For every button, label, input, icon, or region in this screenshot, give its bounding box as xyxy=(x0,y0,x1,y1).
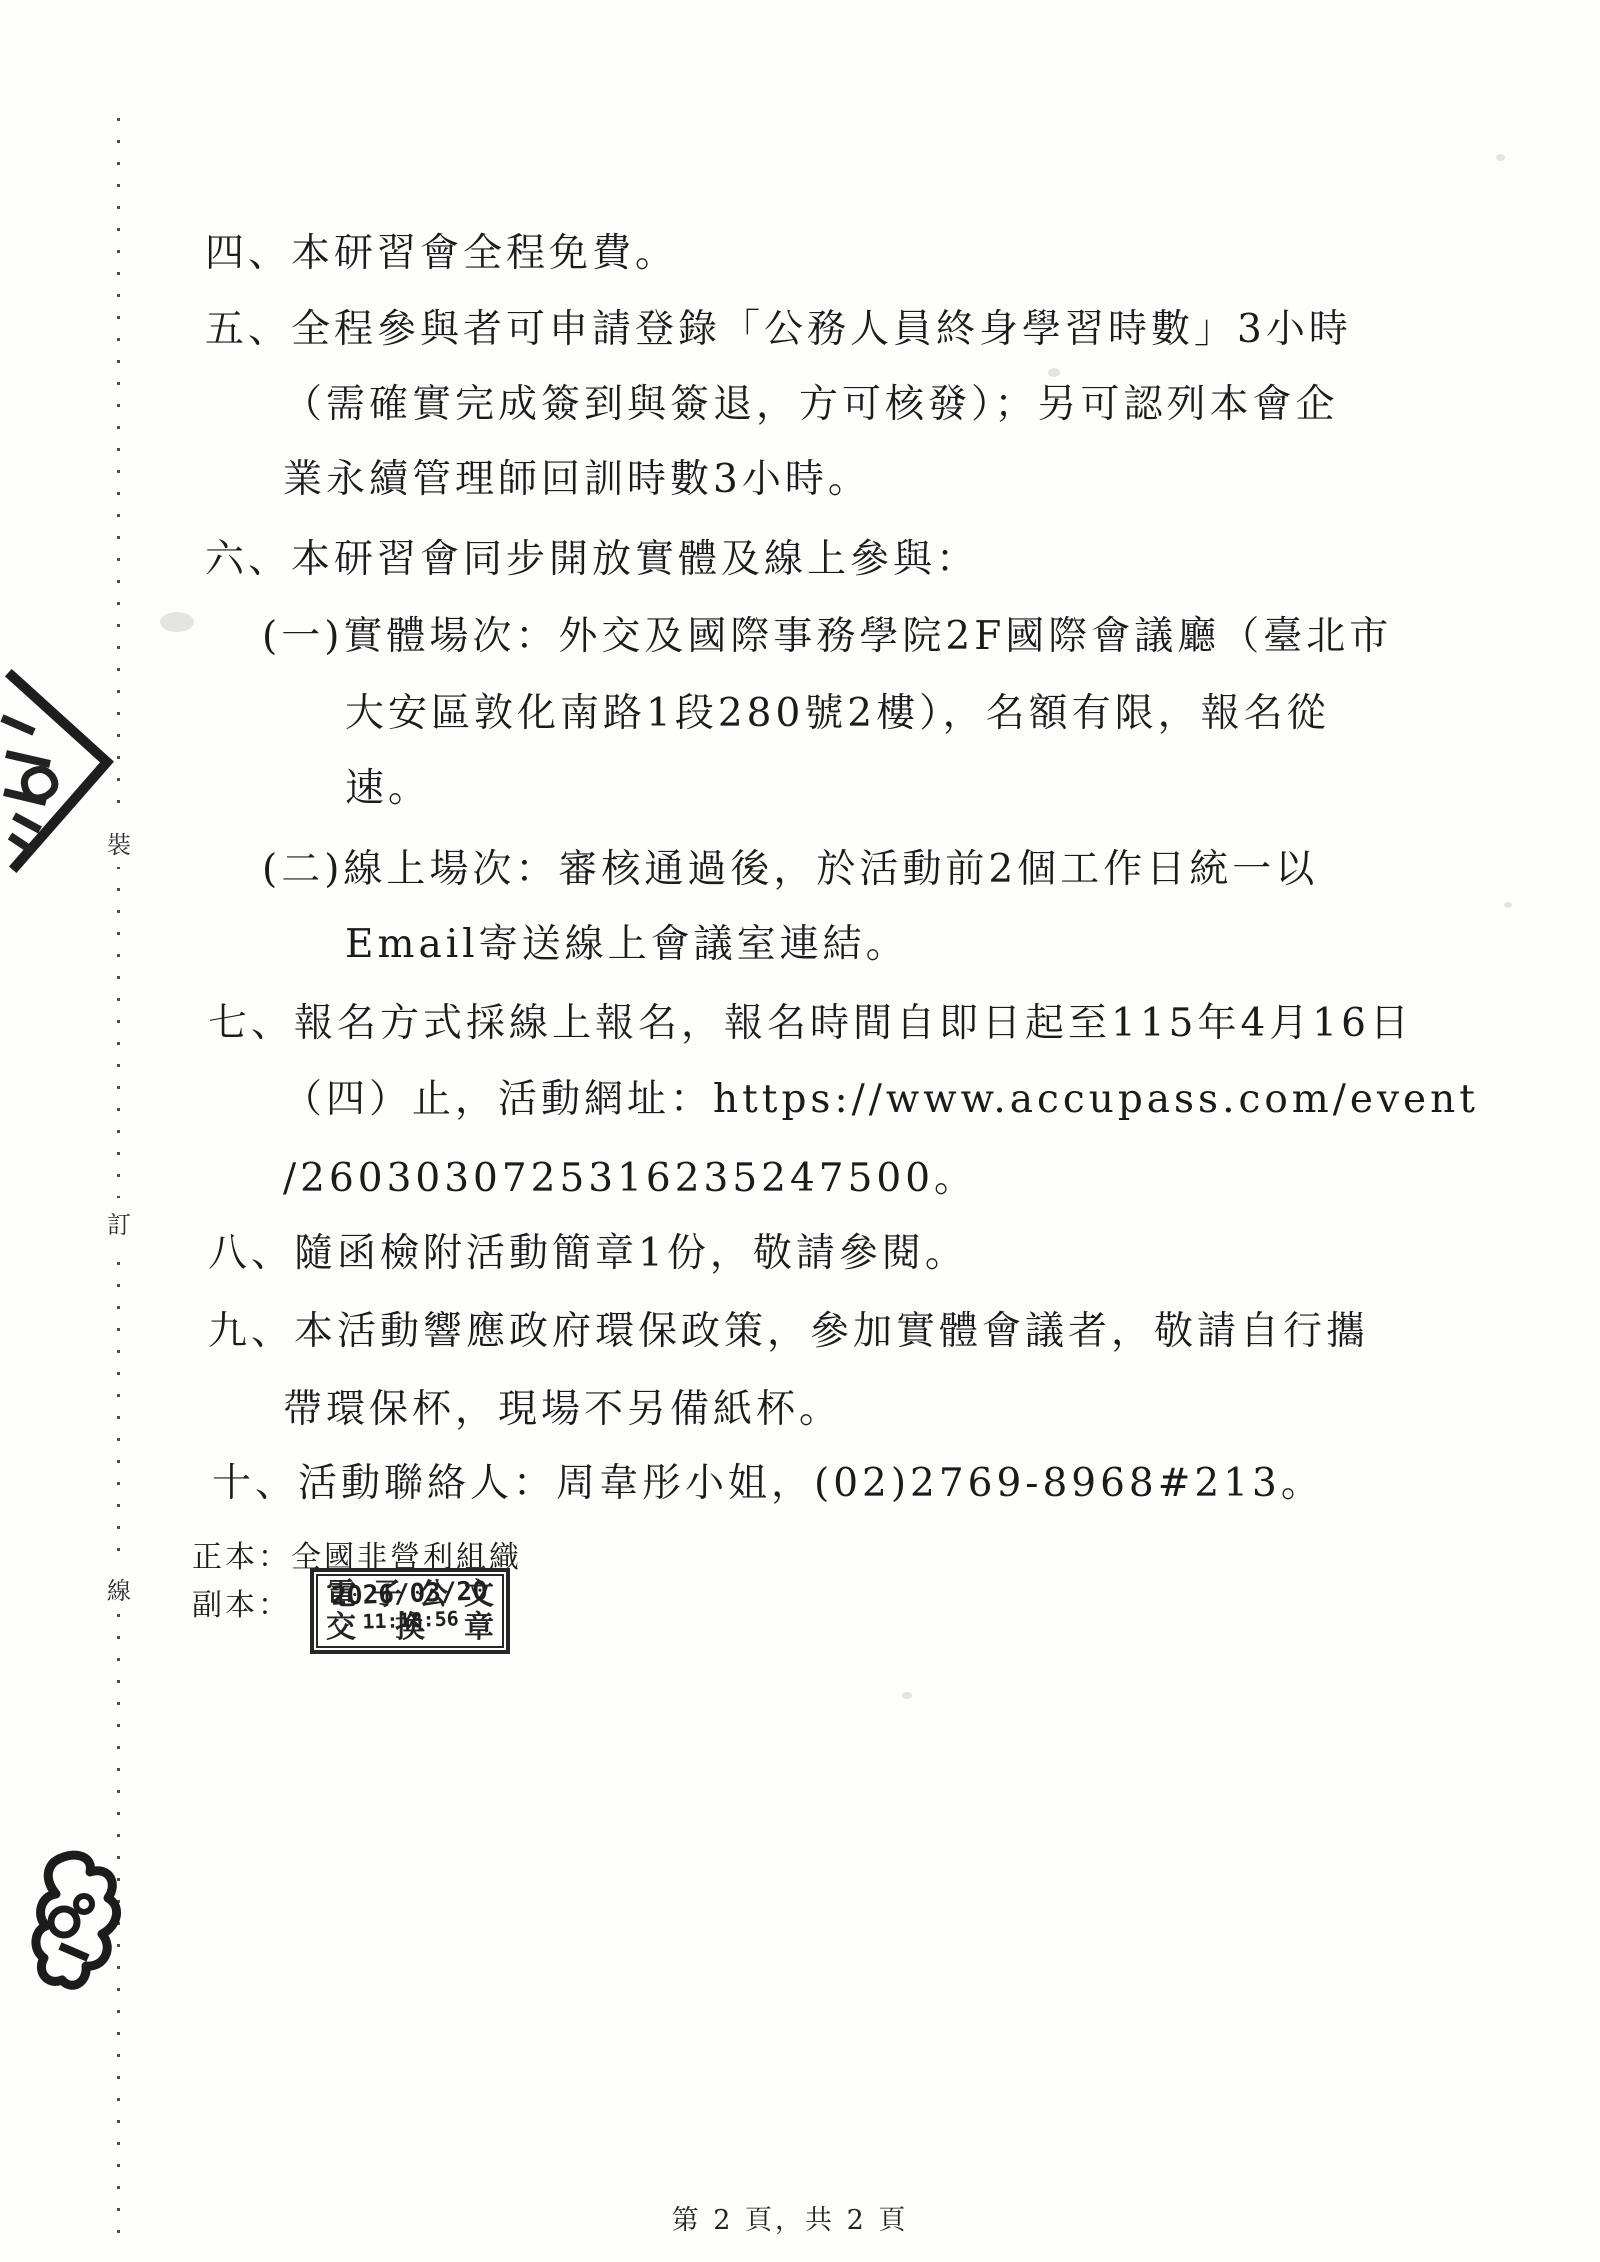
scan-noise xyxy=(1504,902,1512,908)
text-line: (二)線上場次：審核通過後，於活動前2個工作日統一以 xyxy=(262,838,1318,894)
text-line: （需確實完成簽到與簽退，方可核發）；另可認列本會企 xyxy=(283,373,1339,429)
text-line: 速。 xyxy=(345,757,431,813)
scanned-document-page: 裝 訂 線 四、本研習會全程免費。 五、全程參與者可申請登錄「公務人員終身學習時… xyxy=(0,0,1600,2262)
text-line: Email寄送線上會議室連結。 xyxy=(345,913,909,969)
text-line: 十、活動聯絡人：周韋彤小姐，(02)2769-8968#213。 xyxy=(212,1452,1324,1508)
text-line: 業永續管理師回訓時數3小時。 xyxy=(283,448,871,504)
binding-char-xian: 線 xyxy=(101,1564,137,1613)
text-line: 帶環保杯，現場不另備紙杯。 xyxy=(283,1378,842,1434)
page-number-footer: 第 2 頁，共 2 頁 xyxy=(0,2198,1580,2237)
binding-char-ding: 訂 xyxy=(101,1198,137,1247)
ink-smudge-stamp xyxy=(30,1846,122,1998)
text-line: 四、本研習會全程免費。 xyxy=(205,222,678,278)
recipient-copy-label: 副本： xyxy=(192,1580,291,1624)
scan-noise xyxy=(160,612,194,632)
text-line: 五、全程參與者可申請登錄「公務人員終身學習時數」3小時 xyxy=(205,298,1352,354)
text-line: 九、本活動響應政府環保政策，參加實體會議者，敬請自行攜 xyxy=(208,1300,1369,1356)
stamp-date: 2026/03/20 xyxy=(313,1577,506,1612)
scan-noise xyxy=(902,1692,912,1699)
text-line: (一)實體場次：外交及國際事務學院2F國際會議廳（臺北市 xyxy=(262,605,1392,661)
corner-seal-stamp xyxy=(0,666,118,874)
stamp-datetime: 2026/03/20 11:18:56 xyxy=(313,1577,507,1634)
text-line: 六、本研習會同步開放實體及線上參與： xyxy=(205,528,979,584)
scan-noise xyxy=(1048,368,1060,377)
scan-noise xyxy=(1496,154,1505,161)
text-line: /2603030725316235247500。 xyxy=(283,1147,977,1203)
text-line: 八、隨函檢附活動簡章1份，敬請參閱。 xyxy=(208,1222,968,1278)
text-line: 七、報名方式採線上報名，報名時間自即日起至115年4月16日 xyxy=(208,992,1413,1048)
text-line: （四）止，活動網址：https://www.accupass.com/event xyxy=(283,1068,1479,1124)
electronic-exchange-stamp: 電 子 公 文 交 換 章 2026/03/20 11:18:56 xyxy=(310,1568,510,1654)
text-line: 大安區敦化南路1段280號2樓），名額有限，報名從 xyxy=(345,682,1330,738)
